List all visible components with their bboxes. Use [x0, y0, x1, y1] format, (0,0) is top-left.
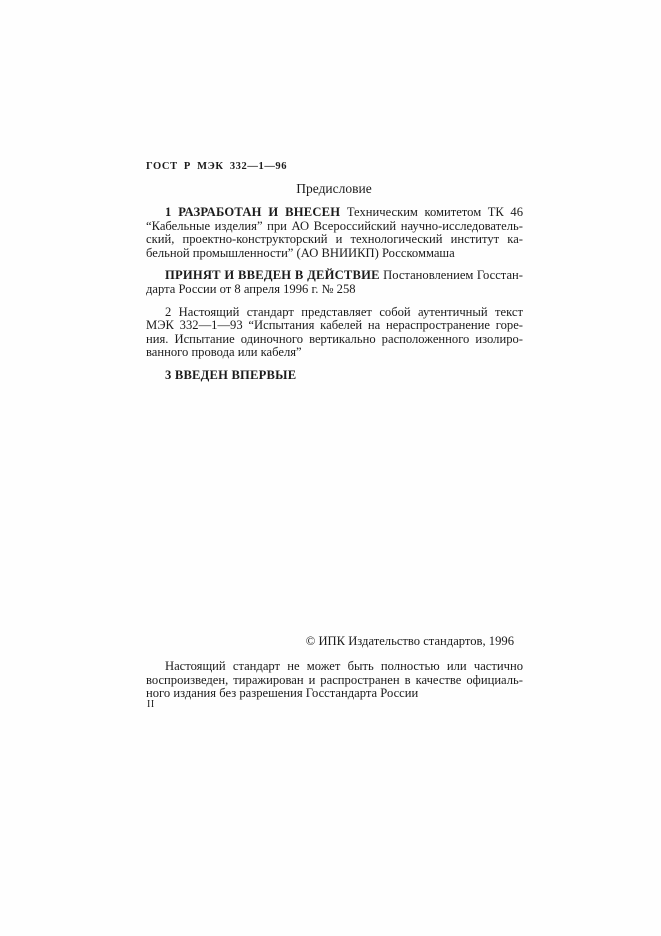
preface-paragraph: 2 Настоящий стандарт представляет собой …	[146, 306, 523, 360]
paragraph-text: 2 Настоящий стандарт представляет собой …	[146, 305, 523, 360]
paragraph-keyword: ПРИНЯТ И ВВЕДЕН В ДЕЙСТВИЕ	[165, 268, 380, 282]
page-number: II	[147, 699, 155, 710]
paragraph-keyword: 1 РАЗРАБОТАН И ВНЕСЕН	[165, 205, 340, 219]
preface-paragraph: 3 ВВЕДЕН ВПЕРВЫЕ	[146, 369, 523, 383]
document-designation-header: ГОСТ Р МЭК 332—1—96	[146, 161, 287, 172]
page-title: Предисловие	[146, 181, 522, 197]
distribution-notice: Настоящий стандарт не может быть полност…	[146, 660, 523, 701]
copyright-line: © ИПК Издательство стандартов, 1996	[146, 634, 523, 649]
document-page: ГОСТ Р МЭК 332—1—96 Предисловие 1 РАЗРАБ…	[0, 0, 661, 936]
preface-body: 1 РАЗРАБОТАН И ВНЕСЕН Техническим комите…	[146, 206, 523, 392]
preface-paragraph: ПРИНЯТ И ВВЕДЕН В ДЕЙСТВИЕ Постановление…	[146, 269, 523, 296]
paragraph-keyword: 3 ВВЕДЕН ВПЕРВЫЕ	[165, 368, 296, 382]
preface-paragraph: 1 РАЗРАБОТАН И ВНЕСЕН Техническим комите…	[146, 206, 523, 260]
